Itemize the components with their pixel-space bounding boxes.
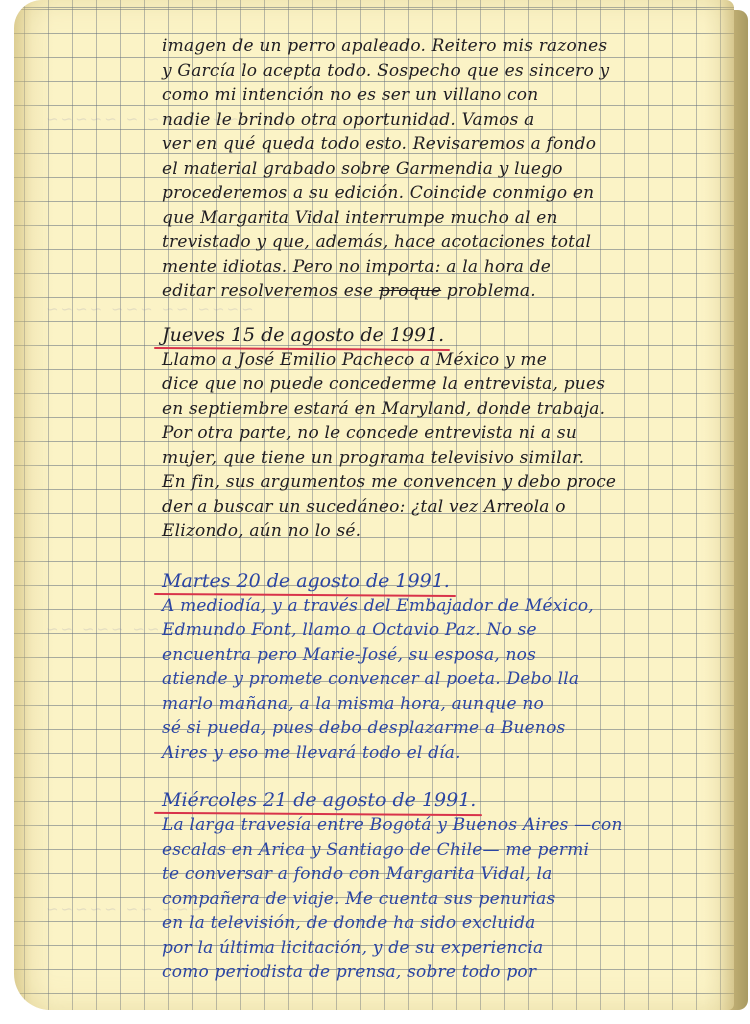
entry-date-heading: Martes 20 de agosto de 1991. (162, 568, 450, 594)
text-line: Por otra parte, no le concede entrevista… (162, 421, 732, 446)
text-line: Elizondo, aún no lo sé. (162, 519, 732, 544)
text-line: imagen de un perro apaleado. Reitero mis… (162, 34, 732, 59)
text-line: Llamo a José Emilio Pacheco a México y m… (162, 348, 732, 373)
text-line: te conversar a fondo con Margarita Vidal… (162, 862, 732, 887)
text-line: sé si pueda, pues debo desplazarme a Bue… (162, 716, 732, 741)
text-line: y García lo acepta todo. Sospecho que es… (162, 59, 732, 84)
text-line: escalas en Arica y Santiago de Chile— me… (162, 838, 732, 863)
diary-entry-2: Martes 20 de agosto de 1991. A mediodía,… (162, 568, 732, 766)
text-fragment: editar resolveremos ese (162, 281, 379, 301)
scanned-notebook-scene: ~~ ~~~ ~~~~ ~ ~~~~~ ~~~~ ~~ ~~~ ~~~~ ~~ … (0, 0, 750, 1024)
text-line: por la última licitación, y de su experi… (162, 936, 732, 961)
text-line: que Margarita Vidal interrumpe mucho al … (162, 206, 732, 231)
entry-date-heading: Miércoles 21 de agosto de 1991. (162, 787, 476, 813)
continuation-paragraph: imagen de un perro apaleado. Reitero mis… (162, 34, 732, 304)
text-line: mente idiotas. Pero no importa: a la hor… (162, 255, 732, 280)
text-line: A mediodía, y a través del Embajador de … (162, 594, 732, 619)
page-content: imagen de un perro apaleado. Reitero mis… (162, 34, 732, 985)
text-line: como mi intención no es ser un villano c… (162, 83, 732, 108)
text-line: En fin, sus argumentos me convencen y de… (162, 470, 732, 495)
text-line: trevistado y que, además, hace acotacion… (162, 230, 732, 255)
text-line: procederemos a su edición. Coincide conm… (162, 181, 732, 206)
text-line: encuentra pero Marie-José, su esposa, no… (162, 643, 732, 668)
text-line: La larga travesía entre Bogotá y Buenos … (162, 813, 732, 838)
text-line: en la televisión, de donde ha sido exclu… (162, 911, 732, 936)
text-fragment: problema. (441, 281, 536, 301)
diary-entry-3: Miércoles 21 de agosto de 1991. La larga… (162, 787, 732, 985)
text-line: compañera de viaje. Me cuenta sus penuri… (162, 887, 732, 912)
text-line: Aires y eso me llevará todo el día. (162, 741, 732, 766)
text-line: mujer, que tiene un programa televisivo … (162, 446, 732, 471)
text-line: como periodista de prensa, sobre todo po… (162, 960, 732, 985)
text-line: en septiembre estará en Maryland, donde … (162, 397, 732, 422)
text-line: marlo mañana, a la misma hora, aunque no (162, 692, 732, 717)
text-line: nadie le brindo otra oportunidad. Vamos … (162, 108, 732, 133)
text-line: der a buscar un sucedáneo: ¿tal vez Arre… (162, 495, 732, 520)
text-line: editar resolveremos ese proque problema. (162, 279, 732, 304)
diary-entry-1: Jueves 15 de agosto de 1991. Llamo a Jos… (162, 322, 732, 544)
text-line: Edmundo Font, llamo a Octavio Paz. No se (162, 618, 732, 643)
text-line: el material grabado sobre Garmendia y lu… (162, 157, 732, 182)
text-line: ver en qué queda todo esto. Revisaremos … (162, 132, 732, 157)
notebook-page: ~~ ~~~ ~~~~ ~ ~~~~~ ~~~~ ~~ ~~~ ~~~~ ~~ … (14, 0, 734, 1010)
text-line: atiende y promete convencer al poeta. De… (162, 667, 732, 692)
text-line: dice que no puede concederme la entrevis… (162, 372, 732, 397)
entry-date-heading: Jueves 15 de agosto de 1991. (162, 322, 444, 348)
struck-out-word: proque (379, 281, 441, 301)
